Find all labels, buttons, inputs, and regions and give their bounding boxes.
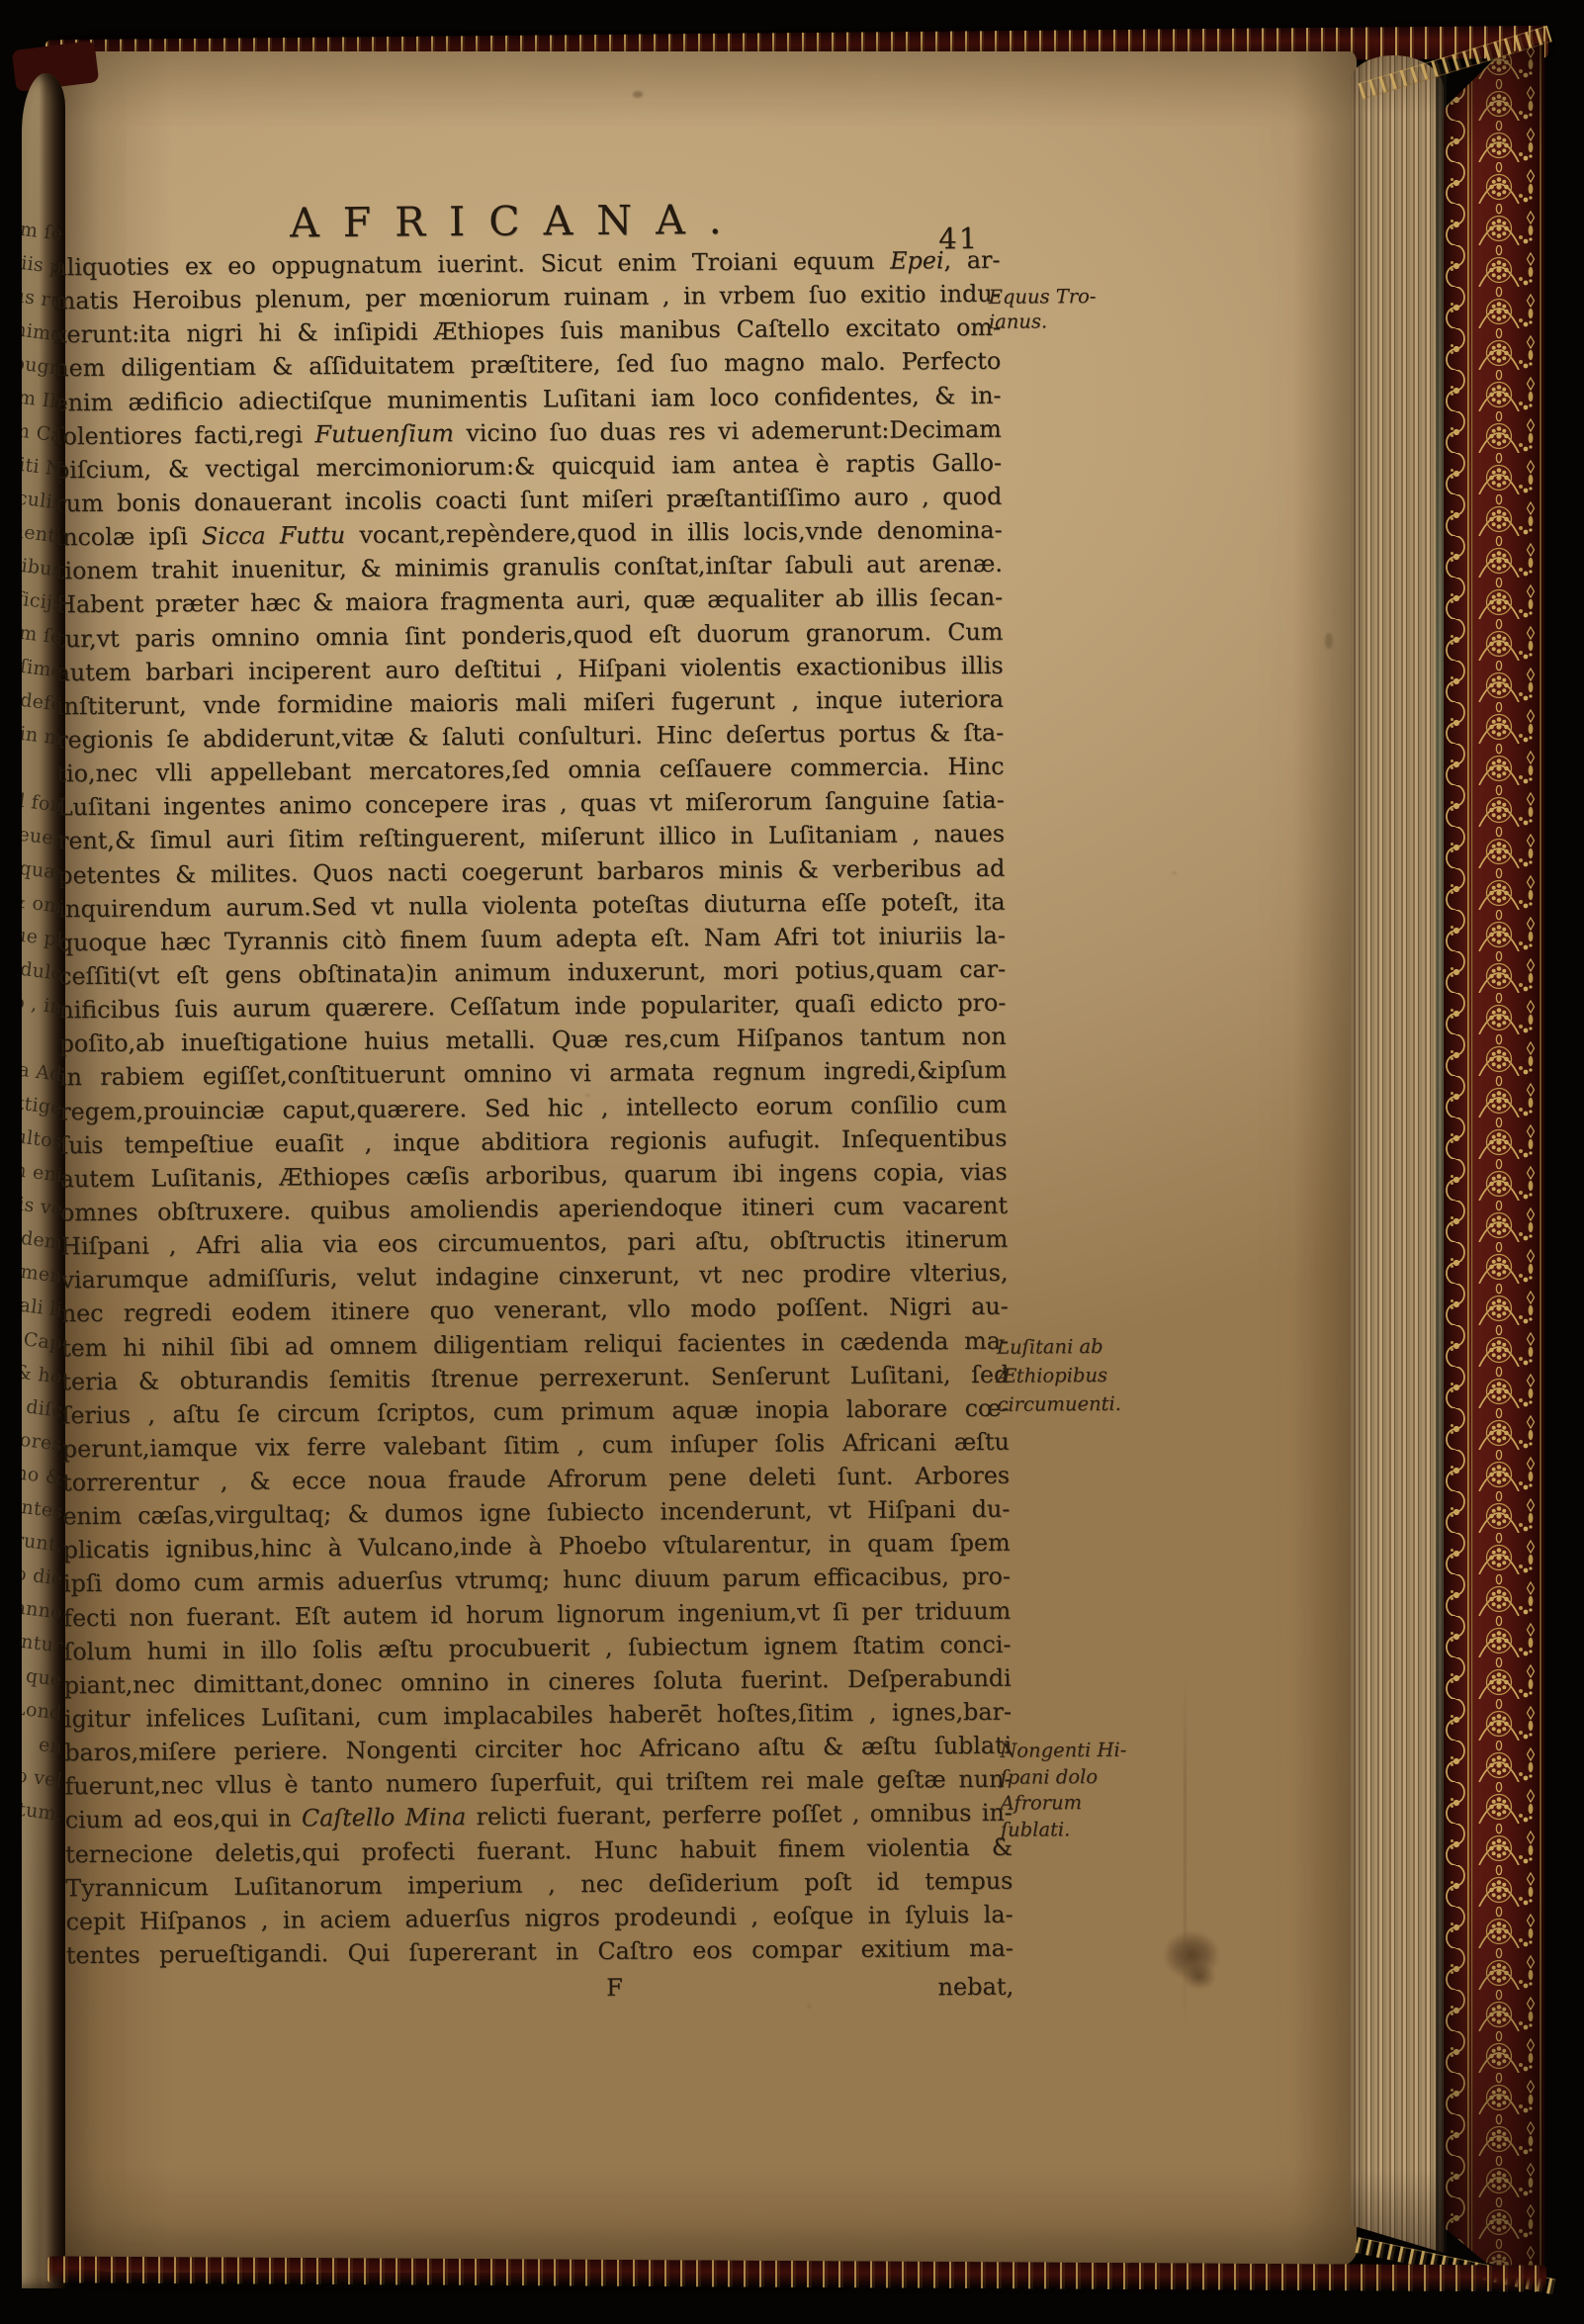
margin-note-line: ſpani dolo (1000, 1763, 1148, 1791)
margin-note-line: Æthiopibus (997, 1361, 1145, 1390)
catchword: nebat, (937, 1973, 1013, 2002)
paper-crease (1184, 1681, 1187, 2027)
book-photo-scene: ellum ſeo aliis pprimus rununimeexpugniu… (0, 0, 1584, 2324)
margin-note-line: Equus Tro- (989, 284, 1137, 310)
margin-note-line: ianus. (989, 309, 1137, 334)
gilt-leather-fore-edge (1444, 38, 1544, 2284)
ink-stain-lobe (1183, 1964, 1216, 1990)
leather-wear-shading (1444, 38, 1544, 2284)
fore-edge-page-stack (1351, 55, 1444, 2259)
body-text: aliquoties ex eo oppugnatum iuerint. Sic… (52, 243, 1013, 1973)
margin-note-line: Nongenti Hi- (1000, 1738, 1148, 1765)
paper-speck (633, 91, 643, 98)
gathering-signature: F (606, 1974, 623, 2002)
margin-note-lusitani-circumuenti: Luſitani abÆthiopibuscircumuenti. (997, 1332, 1146, 1419)
margin-note-nongenti-sublati: Nongenti Hi-ſpani doloAfrorumſublati. (1000, 1738, 1149, 1843)
margin-note-equus-troianus: Equus Tro-ianus. (989, 284, 1137, 334)
margin-note-line: circumuenti. (997, 1389, 1145, 1419)
margin-note-line: Luſitani ab (997, 1332, 1145, 1362)
margin-note-line: ſublati. (1001, 1816, 1149, 1843)
margin-note-line: Afrorum (1001, 1790, 1149, 1818)
paper-speck (1325, 633, 1333, 649)
running-header: AFRICANA. (290, 196, 746, 247)
text-line: tentes perueſtigandi. Qui ſupererant in … (66, 1931, 1013, 1973)
printed-text-layer: AFRICANA. 41 aliquoties ex eo oppugnatum… (0, 0, 1584, 2324)
signature-row: F nebat, (66, 1971, 1013, 2012)
